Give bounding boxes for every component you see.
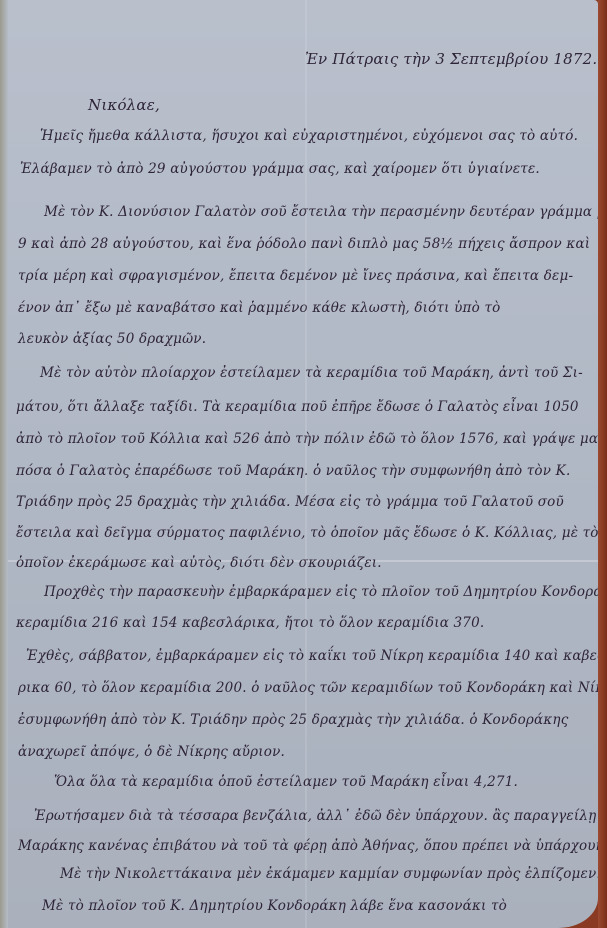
letter-line: ένον ἀπ᾽ ἔξω μὲ καναβάτσο καὶ ῥαμμένο κά… [18, 302, 500, 316]
letter-line: Μὲ τὸ πλοῖον τοῦ Κ. Δημητρίου Κονδοράκη … [42, 900, 507, 914]
letter-date-line: Ἐν Πάτραις τὴν 3 Σεπτεμβρίου 1872. [305, 52, 597, 67]
letter-line: κεραμίδια 216 καὶ 154 καβεσλάρικα, ἤτοι … [16, 617, 484, 631]
letter-salutation: Νικόλαε, [88, 98, 160, 113]
letter-line: Μαράκης κανένας ἐπιβάτου νὰ τοῦ τὰ φέρῃ … [18, 840, 598, 854]
letter-line: πόσα ὁ Γαλατὸς ἐπαρέδωσε τοῦ Μαράκη. ὁ ν… [16, 465, 570, 479]
letter-line: Μὲ τὸν Κ. Διονύσιον Γαλατὸν σοῦ ἔστειλα … [44, 206, 598, 220]
paper-left-edge [0, 0, 8, 928]
letter-line: λευκὸν ἀξίας 50 δραχμῶν. [18, 333, 206, 347]
letter-line: Ὅλα ὅλα τὰ κεραμίδια ὁποῦ ἐστείλαμεν τοῦ… [54, 776, 518, 790]
letter-line: μάτου, ὅτι ἄλλαξε ταξίδι. Τὰ κεραμίδια π… [16, 401, 579, 415]
letter-line: ρικα 60, τὸ ὅλον κεραμίδια 200. ὁ ναῦλος… [18, 682, 598, 696]
letter-line: Ἐλάβαμεν τὸ ἀπὸ 29 αὐγούστου γράμμα σας,… [20, 163, 540, 177]
letter-line: 9 καὶ ἀπὸ 28 αὐγούστου, καὶ ἕνα ῥόδολο π… [18, 238, 590, 252]
letter-line: τρία μέρη καὶ σφραγισμένον, ἔπειτα δεμέν… [18, 270, 573, 284]
letter-line: Ἡμεῖς ἤμεθα κάλλιστα, ἥσυχοι καὶ εὐχαρισ… [40, 130, 578, 144]
letter-line: Μὲ τὸν αὐτὸν πλοίαρχον ἐστείλαμεν τὰ κερ… [40, 367, 583, 381]
letter-line: Ἐρωτήσαμεν διὰ τὰ τέσσαρα βενζάλια, ἀλλ᾽… [34, 810, 598, 824]
letter-line: Τριάδην πρὸς 25 δραχμὰς τὴν χιλιάδα. Μέσ… [16, 496, 564, 510]
letter-line: ἀπὸ τὸ πλοῖον τοῦ Κόλλια καὶ 526 ἀπὸ τὴν… [16, 433, 598, 447]
background-table-edge [598, 0, 607, 928]
letter-line: Μὲ τὴν Νικολεττάκαινα μὲν ἐκάμαμεν καμμί… [60, 868, 598, 882]
letter-line: ἐσυμφωνήθη ἀπὸ τὸν Κ. Τριάδην πρὸς 25 δρ… [18, 714, 568, 728]
letter-line: Ἐχθὲς, σάββατον, ἐμβαρκάραμεν εἰς τὸ καΐ… [26, 650, 598, 664]
letter-line: ὁποῖον ἐκεράμωσε καὶ αὐτὸς, διότι δὲν σκ… [16, 557, 382, 571]
letter-page: Ἐν Πάτραις τὴν 3 Σεπτεμβρίου 1872. Νικόλ… [0, 0, 598, 928]
letter-line: ἔστειλα καὶ δεῖγμα σύρματος παφιλένιο, τ… [16, 527, 598, 541]
letter-line: ἀναχωρεῖ ἀπόψε, ὁ δὲ Νίκρης αὔριον. [18, 746, 285, 760]
letter-line: Προχθὲς τὴν παρασκευὴν ἐμβαρκάραμεν εἰς … [44, 586, 598, 600]
